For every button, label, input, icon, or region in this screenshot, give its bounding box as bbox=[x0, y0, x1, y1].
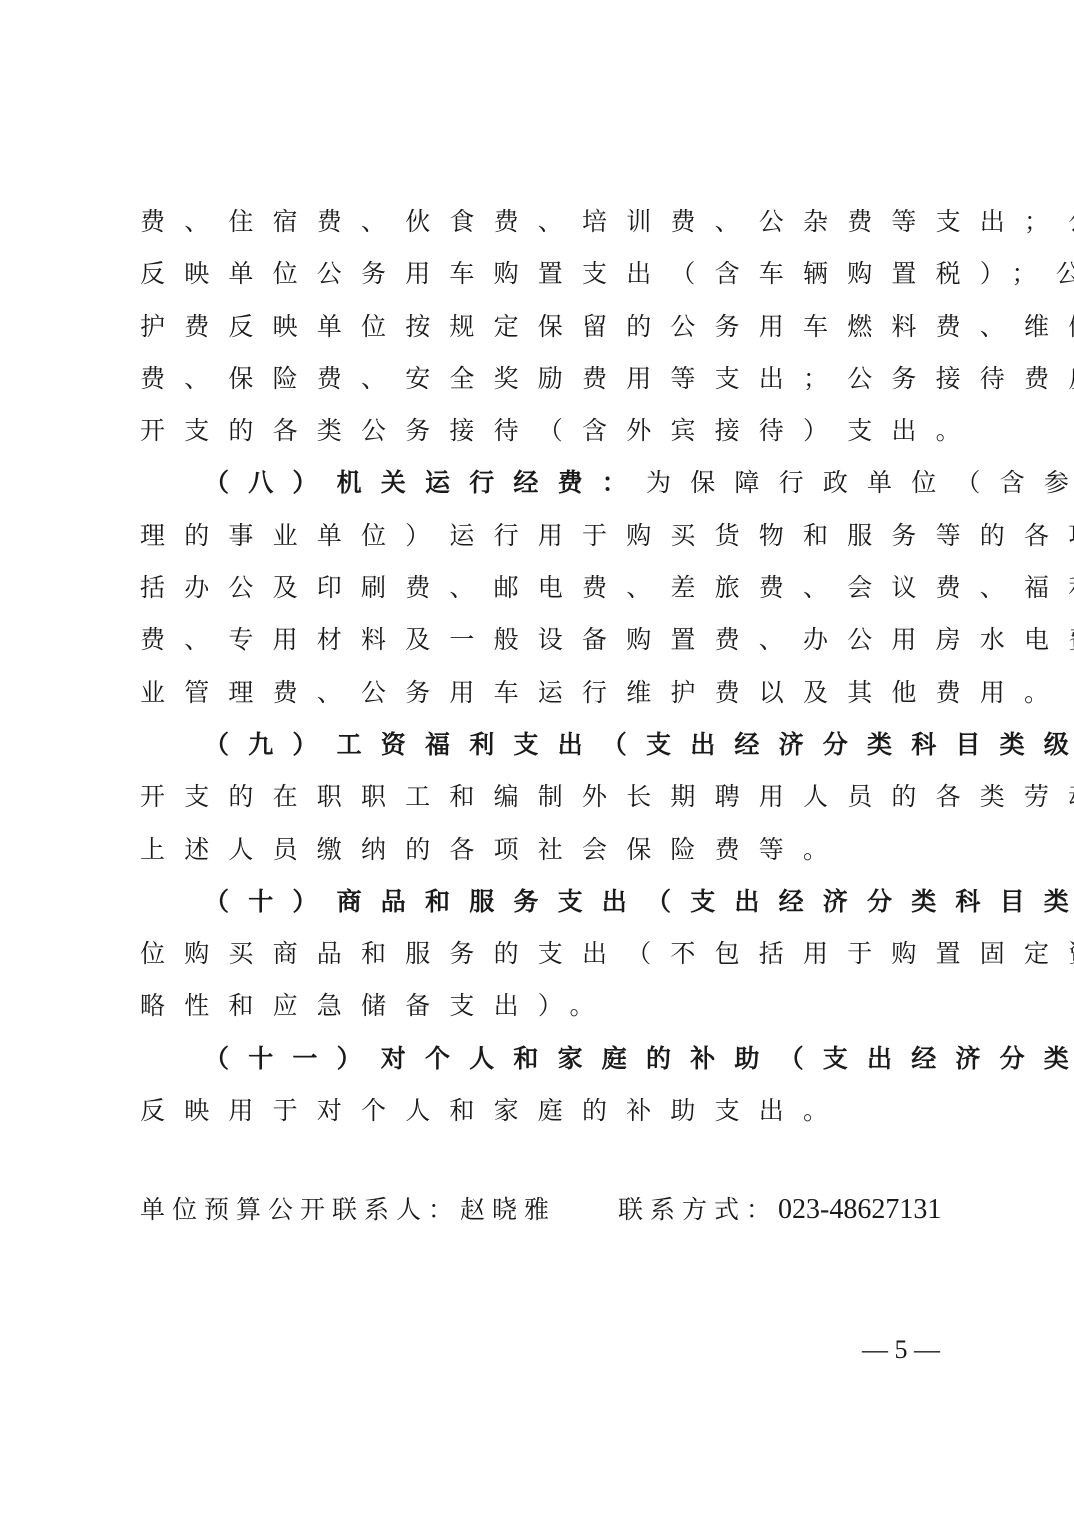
paragraph-line: 反映用于对个人和家庭的补助支出。 bbox=[140, 1085, 940, 1137]
section-heading: （十一）对个人和家庭的补助（支出经济分类科目类级）： bbox=[204, 1044, 1074, 1073]
section-heading: （九）工资福利支出（支出经济分类科目类级）： bbox=[204, 730, 1074, 759]
paragraph-line: 括办公及印刷费、邮电费、差旅费、会议费、福利费、日常维护 bbox=[140, 562, 940, 614]
paragraph-line: 上述人员缴纳的各项社会保险费等。 bbox=[140, 824, 940, 876]
document-body: 费、住宿费、伙食费、培训费、公杂费等支出；公务用车购置费 反映单位公务用车购置支… bbox=[140, 196, 940, 1137]
section-heading-line-9: （九）工资福利支出（支出经济分类科目类级）：反映单位 bbox=[140, 719, 940, 771]
section-text: 为保障行政单位（含参照公务员法管 bbox=[646, 468, 1074, 497]
paragraph-line: 理的事业单位）运行用于购买货物和服务等的各项公用经费，包 bbox=[140, 510, 940, 562]
paragraph-line: 开支的各类公务接待（含外宾接待）支出。 bbox=[140, 405, 940, 457]
paragraph-line: 反映单位公务用车购置支出（含车辆购置税）；公务用车运行维 bbox=[140, 248, 940, 300]
section-heading: （十）商品和服务支出（支出经济分类科目类级）： bbox=[204, 887, 1074, 916]
paragraph-line: 开支的在职职工和编制外长期聘用人员的各类劳动报酬，以及为 bbox=[140, 771, 940, 823]
section-heading-line-8: （八）机关运行经费：为保障行政单位（含参照公务员法管 bbox=[140, 457, 940, 509]
section-heading: （八）机关运行经费： bbox=[204, 468, 646, 497]
section-heading-line-10: （十）商品和服务支出（支出经济分类科目类级）：反映单 bbox=[140, 876, 940, 928]
page-number: — 5 — bbox=[862, 1330, 940, 1370]
paragraph-line: 略性和应急储备支出）。 bbox=[140, 980, 940, 1032]
contact-phone-label: 联系方式： bbox=[618, 1195, 778, 1224]
contact-person-name: 赵晓雅 bbox=[460, 1195, 556, 1224]
paragraph-line: 费、保险费、安全奖励费用等支出；公务接待费反映单位按规定 bbox=[140, 353, 940, 405]
document-page: 费、住宿费、伙食费、培训费、公杂费等支出；公务用车购置费 反映单位公务用车购置支… bbox=[0, 0, 1074, 1520]
contact-person-label: 单位预算公开联系人： bbox=[140, 1195, 460, 1224]
paragraph-line: 位购买商品和服务的支出（不包括用于购置固定资产的支出、战 bbox=[140, 928, 940, 980]
paragraph-line: 业管理费、公务用车运行维护费以及其他费用。 bbox=[140, 667, 940, 719]
section-heading-line-11: （十一）对个人和家庭的补助（支出经济分类科目类级）： bbox=[140, 1033, 940, 1085]
contact-info: 单位预算公开联系人：赵晓雅联系方式：023-48627131 bbox=[140, 1186, 941, 1234]
contact-phone: 023-48627131 bbox=[778, 1194, 941, 1225]
paragraph-line: 费、专用材料及一般设备购置费、办公用房水电费、办公用房物 bbox=[140, 614, 940, 666]
paragraph-line: 护费反映单位按规定保留的公务用车燃料费、维修费、过路过桥 bbox=[140, 301, 940, 353]
paragraph-line: 费、住宿费、伙食费、培训费、公杂费等支出；公务用车购置费 bbox=[140, 196, 940, 248]
